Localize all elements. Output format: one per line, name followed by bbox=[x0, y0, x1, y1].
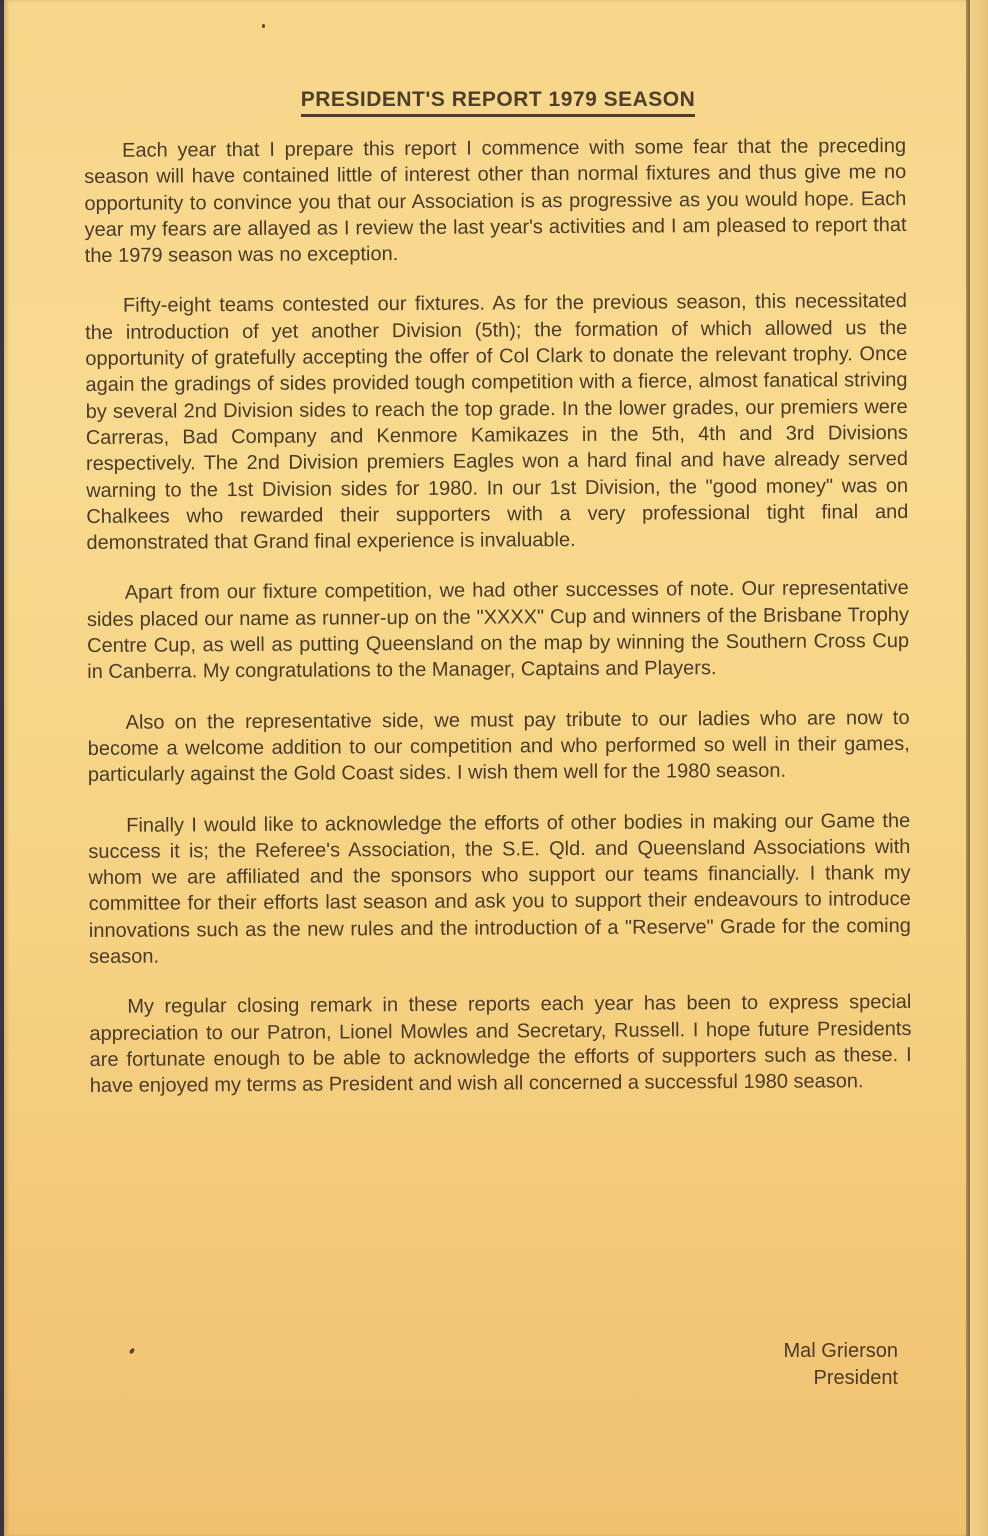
paper-speck bbox=[262, 24, 265, 28]
page-edge bbox=[970, 0, 988, 1536]
signature-name: Mal Grierson bbox=[784, 1338, 898, 1365]
paragraph-fixtures: Fifty-eight teams contested our fixtures… bbox=[85, 288, 909, 556]
title-text: PRESIDENT'S REPORT 1979 SEASON bbox=[301, 88, 696, 117]
document-page: PRESIDENT'S REPORT 1979 SEASON Each year… bbox=[4, 0, 968, 1536]
signature-role: President bbox=[784, 1365, 898, 1392]
signature-block: Mal Grierson President bbox=[784, 1338, 898, 1392]
paragraph-acknowledgements: Finally I would like to acknowledge the … bbox=[88, 807, 911, 970]
paragraph-closing: My regular closing remark in these repor… bbox=[89, 989, 912, 1099]
report-body: Each year that I prepare this report I c… bbox=[84, 133, 912, 1124]
paper-speck bbox=[129, 1347, 136, 1354]
paragraph-ladies: Also on the representative side, we must… bbox=[87, 705, 909, 789]
paragraph-representative: Apart from our fixture competition, we h… bbox=[87, 575, 910, 685]
paragraph-intro: Each year that I prepare this report I c… bbox=[84, 133, 907, 270]
page-title: PRESIDENT'S REPORT 1979 SEASON bbox=[4, 88, 988, 117]
